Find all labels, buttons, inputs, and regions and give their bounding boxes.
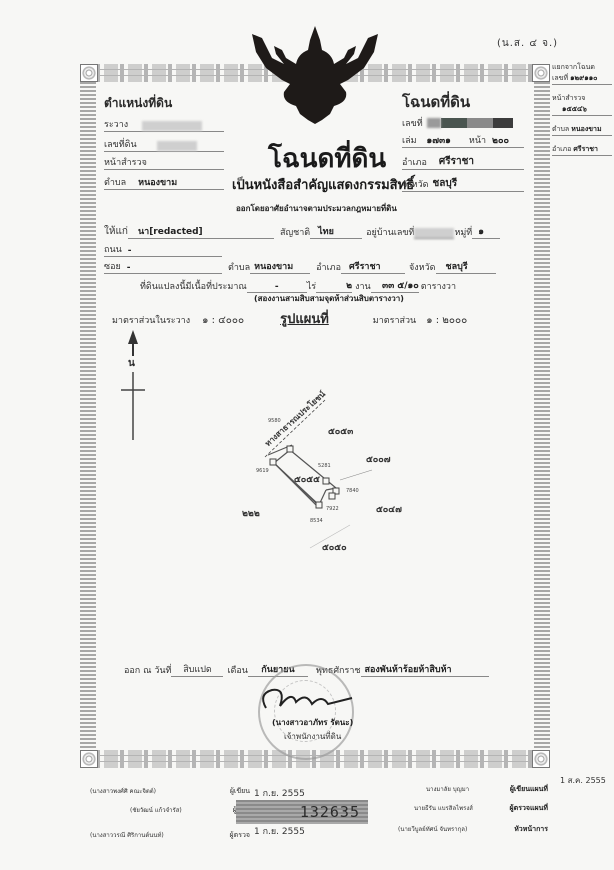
corner-ornament-icon	[532, 64, 550, 82]
parcel-label: ๕๐๕๐	[322, 540, 347, 554]
redacted-value	[467, 118, 493, 128]
sheet-scale-value: ๑ : ๔๐๐๐	[202, 313, 244, 328]
wa-value: ๓๓ ๕/๑๐	[371, 278, 419, 293]
marker-label: 9580	[268, 418, 281, 424]
footer-left-signers: (นางสาวพงศ์ศิ คณะจิตต์) ผู้เขียน (ชัยวัฒ…	[90, 786, 250, 841]
map-scale-label: มาตราส่วน	[373, 313, 416, 327]
border-right	[534, 82, 550, 750]
issue-day: สิบแปด	[171, 662, 223, 677]
tambon-value: หนองขาม	[250, 259, 310, 274]
moo-value: ๑	[472, 224, 500, 239]
redacted-value	[157, 141, 197, 151]
side-label: อำเภอ	[552, 144, 571, 155]
wa-label: ตารางวา	[421, 279, 456, 293]
signer-name: (นางสาววรณี ศิริกานต์นนท์)	[90, 830, 164, 841]
side-value: ศรีราชา	[573, 144, 598, 155]
side-label: แยกจากโฉนด	[552, 62, 612, 73]
corner-ornament-icon	[80, 750, 98, 768]
amphoe-value: ศรีราชา	[341, 259, 405, 274]
border-left	[80, 82, 96, 750]
marker-label: 9619	[256, 468, 269, 474]
official-name: (นางสาวอาภัทร รัตนะ)	[272, 716, 353, 729]
official-signature	[256, 684, 356, 716]
area-intro: ที่ดินแปลงนี้มีเนื้อที่ประมาณ	[140, 279, 247, 293]
issued-label: ออก ณ วันที่	[124, 663, 171, 677]
map-scale-value: ๑ : ๒๐๐๐	[426, 313, 467, 328]
road-value: -	[128, 246, 132, 256]
signer-role: ผู้ตรวจแผนที่	[510, 803, 548, 814]
road-label: ถนน	[104, 242, 122, 256]
province-value: ชลบุรี	[436, 259, 496, 274]
area-row: ที่ดินแปลงนี้มีเนื้อที่ประมาณ - ไร่ ๒ งา…	[140, 278, 456, 293]
marker-label: 7922	[326, 506, 339, 512]
owner-row: ให้แก่ นา[redacted] สัญชาติ ไทย อยู่บ้าน…	[104, 224, 528, 239]
field-label: หน้า	[469, 133, 486, 147]
parcel-label: ๕๐๕๕	[294, 472, 320, 486]
field-label: เล่ม	[402, 133, 417, 147]
corner-ornament-icon	[80, 64, 98, 82]
map-heading: รูปแผนที่	[280, 308, 329, 329]
form-code: (น.ส. ๔ จ.)	[497, 36, 558, 51]
side-value: ๑๕๕๔๖	[552, 104, 612, 116]
document-subtitle: เป็นหนังสือสำคัญแสดงกรรมสิทธิ์	[232, 174, 414, 195]
side-value: ๑๒๙๑๑๐	[570, 73, 597, 84]
field-label: จังหวัด	[402, 177, 429, 191]
soi-value: -	[127, 263, 131, 273]
ngan-label: งาน	[355, 279, 371, 293]
grantee-value: นา[redacted]	[138, 224, 203, 238]
north-label: น	[128, 356, 135, 371]
signer-name: (นางสาวพงศ์ศิ คณะจิตต์)	[90, 786, 156, 797]
side-panel: แยกจากโฉนด เลขที่๑๒๙๑๑๐ หน้าสำรวจ ๑๕๕๔๖ …	[552, 62, 612, 156]
soi-label: ซอย	[104, 259, 121, 273]
garuda-emblem-icon	[248, 24, 382, 126]
redacted-value	[441, 118, 467, 128]
document-title: โฉนดที่ดิน	[268, 138, 386, 179]
amphoe-label: อำเภอ	[316, 260, 341, 274]
tambon-label: ตำบล	[228, 260, 250, 274]
grantee-label: ให้แก่	[104, 224, 128, 239]
serial-number-stamp: 132635	[236, 800, 368, 824]
signer-name: (นายวีบูลย์ทัศน์ จันทรากุล)	[398, 824, 467, 835]
field-label: ระวาง	[104, 117, 128, 131]
issued-under-text: ออกโดยอาศัยอำนาจตามประมวลกฎหมายที่ดิน	[236, 202, 397, 215]
map-scale-row: มาตราส่วนในระวาง ๑ : ๔๐๐๐ รูปแผนที่ มาตร…	[112, 308, 532, 329]
land-location-block: ตำแหน่งที่ดิน ระวาง เลขที่ดิน หน้าสำรวจ …	[104, 94, 224, 190]
field-value: ชลบุรี	[433, 176, 458, 191]
parcel-label: ๒๒๒	[242, 506, 260, 520]
checked-date: 1 ก.ย. 2555	[254, 824, 305, 838]
sheet-scale-label: มาตราส่วนในระวาง	[112, 313, 190, 327]
redacted-value	[427, 118, 441, 128]
area-in-words: (สองงานสามสิบสามจุดห้าส่วนสิบตารางวา)	[254, 292, 404, 305]
corner-ornament-icon	[532, 750, 550, 768]
month-label: เดือน	[227, 663, 247, 677]
map-date: 1 ส.ค. 2555	[560, 774, 606, 787]
signer-role: ผู้เขียนแผนที่	[510, 784, 548, 795]
signer-role: ผู้เขียน	[230, 786, 250, 797]
side-value: หนองขาม	[571, 124, 601, 135]
field-label: เลขที่ดิน	[104, 137, 137, 151]
nationality-label: สัญชาติ	[280, 225, 310, 239]
address-block: ถนน - ซอย - ตำบล หนองขาม อำเภอ ศรีราชา จ…	[104, 242, 528, 274]
nationality-value: ไทย	[310, 224, 362, 239]
field-value: หนองขาม	[138, 175, 177, 189]
side-label: เลขที่	[552, 73, 568, 84]
issue-year: สองพันห้าร้อยห้าสิบห้า	[361, 662, 489, 677]
side-label: หน้าสำรวจ	[552, 93, 612, 104]
official-title: เจ้าพนักงานที่ดิน	[284, 730, 341, 743]
parcel-label: ๕๐๔๗	[376, 502, 402, 516]
signer-name: นายธีรัน แบรสิลไพรงส์	[398, 803, 473, 814]
serial-number: 132635	[300, 803, 360, 821]
deed-heading: โฉนดที่ดิน	[402, 90, 524, 114]
field-label: เลขที่	[402, 116, 423, 130]
house-no-value	[414, 228, 454, 239]
parcel-label: ๕๐๕๓	[328, 424, 353, 438]
side-label: ตำบล	[552, 124, 569, 135]
field-label: หน้าสำรวจ	[104, 155, 147, 169]
marker-label: 8534	[310, 518, 323, 524]
field-value: ศรีราชา	[439, 154, 474, 169]
redacted-value	[142, 121, 202, 131]
province-label: จังหวัด	[409, 260, 436, 274]
signer-name: (ชัยวัฒน์ แก้วจำรัส)	[90, 805, 182, 816]
signer-name: นางมาลัย บุญมา	[398, 784, 469, 795]
marker-label: 5281	[318, 463, 331, 469]
field-label: อำเภอ	[402, 155, 427, 169]
written-date: 1 ก.ย. 2555	[254, 786, 305, 800]
house-no-label: อยู่บ้านเลขที่	[366, 225, 414, 239]
north-arrow-icon	[118, 330, 148, 442]
field-value: ๑๗๓๑	[427, 133, 451, 147]
land-location-heading: ตำแหน่งที่ดิน	[104, 94, 224, 113]
moo-label: หมู่ที่	[454, 225, 472, 239]
signer-role: หัวหน้าการ	[514, 824, 548, 835]
ngan-value: ๒	[316, 278, 352, 293]
signer-role: ผู้ตรวจ	[230, 830, 250, 841]
redacted-value	[493, 118, 513, 128]
footer-right-signers: นางมาลัย บุญมา ผู้เขียนแผนที่ นายธีรัน แ…	[398, 784, 548, 835]
rai-label: ไร่	[307, 279, 316, 293]
deed-info-block: โฉนดที่ดิน เลขที่ เล่ม ๑๗๓๑ หน้า ๒๐๐ อำเ…	[402, 90, 524, 192]
field-value: ๒๐๐	[492, 133, 509, 147]
parcel-label: ๕๐๐๗	[366, 452, 391, 466]
field-label: ตำบล	[104, 175, 126, 189]
marker-label: 7840	[346, 488, 359, 494]
